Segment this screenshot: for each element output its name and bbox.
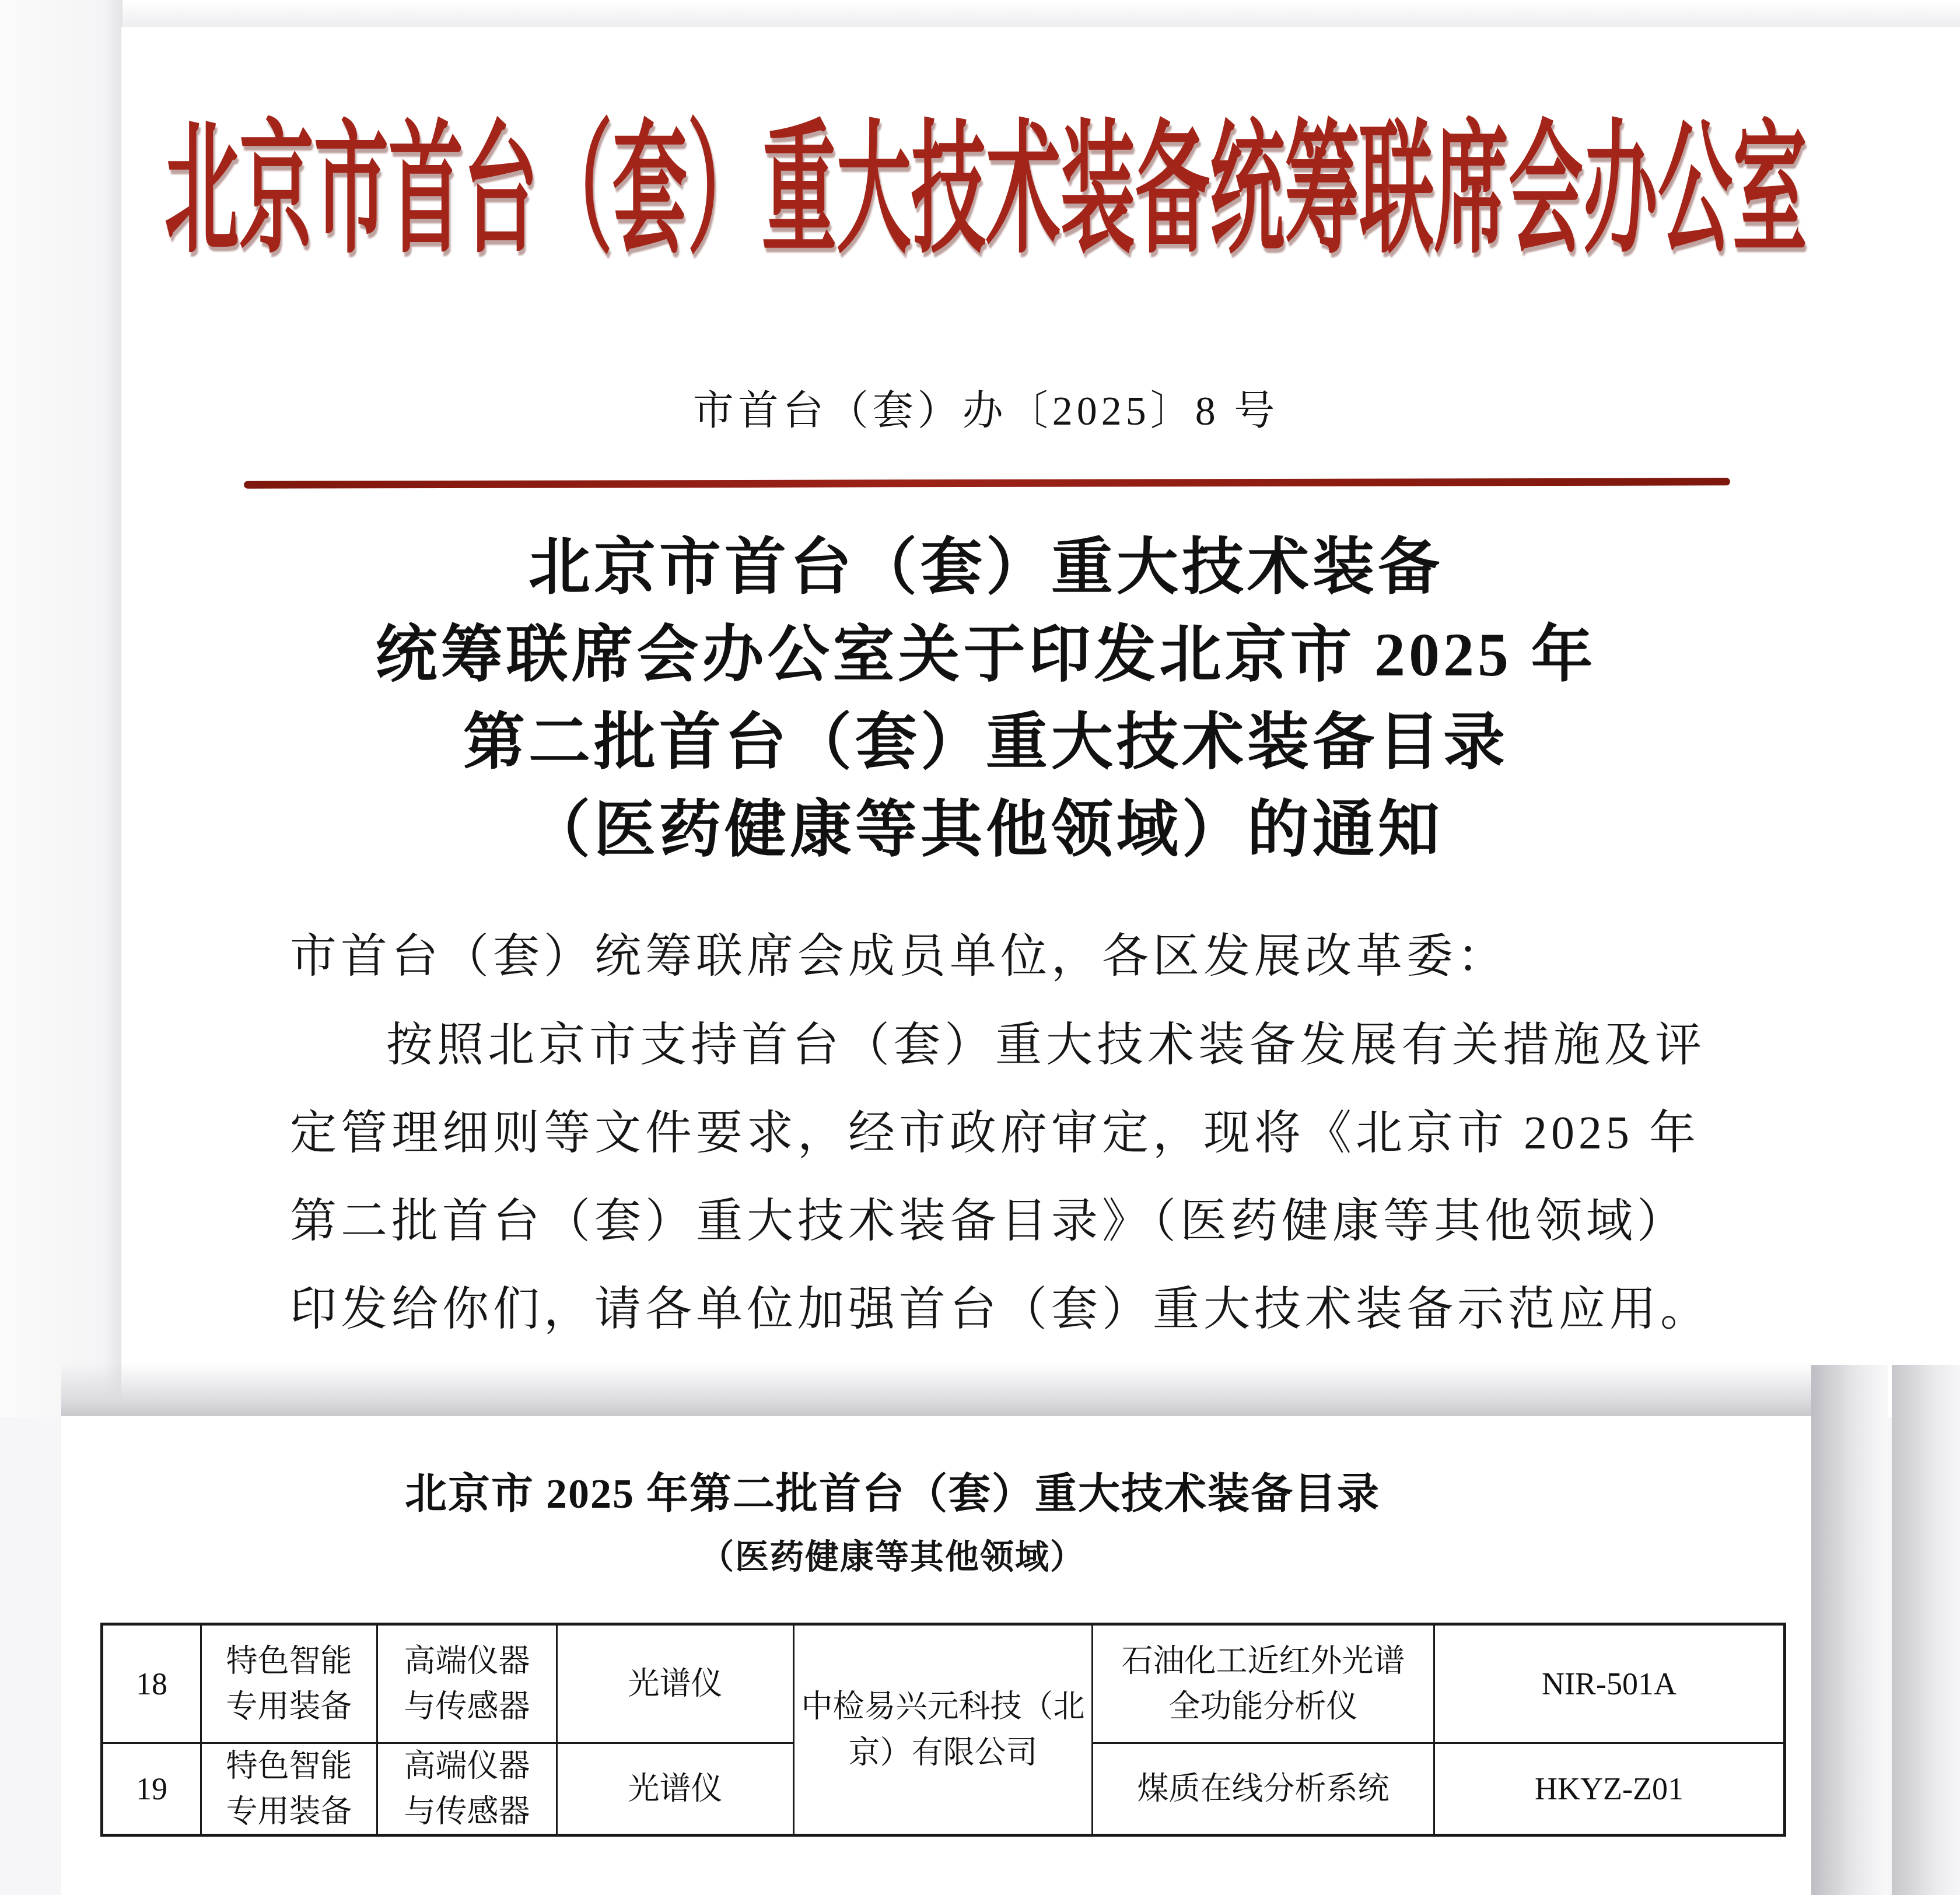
- catalog-title: 北京市 2025 年第二批首台（套）重大技术装备目录: [61, 1459, 1724, 1520]
- table-cell-row19-field: 高端仪器与传感器: [378, 1744, 558, 1834]
- table-cell-row19-category: 特色智能专用装备: [202, 1744, 378, 1834]
- background-left-strip: [0, 0, 123, 1417]
- agency-header: 北京市首台（套）重大技术装备统筹联席会办公室: [164, 75, 1807, 281]
- notice-title-line: 统筹联席会办公室关于印发北京市 2025 年: [123, 611, 1849, 699]
- table-cell-row19-product: 煤质在线分析系统: [1093, 1744, 1435, 1834]
- table-cell-row18-model: NIR-501A: [1435, 1626, 1783, 1744]
- body-paragraph-line: 定管理细则等文件要求，经市政府审定，现将《北京市 2025 年: [290, 1110, 1700, 1157]
- table-cell-text: 石油化工近红外光谱全功能分析仪: [1093, 1638, 1433, 1730]
- body-paragraph-line: 按照北京市支持首台（套）重大技术装备发展有关措施及评: [386, 1022, 1706, 1069]
- body-paragraph-line: 第二批首台（套）重大技术装备目录》（医药健康等其他领域）: [290, 1198, 1688, 1245]
- salutation: 市首台（套）统筹联席会成员单位，各区发展改革委：: [290, 933, 1508, 980]
- table-cell-row18-no: 18: [103, 1626, 202, 1744]
- notice-title-line: （医药健康等其他领域）的通知: [123, 786, 1849, 874]
- notice-title-line: 第二批首台（套）重大技术装备目录: [123, 699, 1849, 786]
- page-overlap-shadow: [61, 1362, 1811, 1416]
- table-cell-row18-type: 光谱仪: [558, 1626, 794, 1744]
- notice-title-line: 北京市首台（套）重大技术装备: [123, 524, 1849, 611]
- table-cell-text: 特色智能专用装备: [202, 1744, 376, 1834]
- table-cell-text: 高端仪器与传感器: [378, 1744, 556, 1834]
- table-cell-row19-type: 光谱仪: [558, 1744, 794, 1834]
- table-cell-row18-product: 石油化工近红外光谱全功能分析仪: [1093, 1626, 1435, 1744]
- body-paragraph-line: 印发给你们，请各单位加强首台（套）重大技术装备示范应用。: [290, 1286, 1711, 1333]
- table-cell-text: 特色智能专用装备: [202, 1638, 376, 1730]
- table-cell-row19-no: 19: [103, 1744, 202, 1834]
- catalog-subtitle: （医药健康等其他领域）: [61, 1529, 1724, 1578]
- table-cell-company-merged: 中检易兴元科技（北京）有限公司: [794, 1626, 1093, 1834]
- table-cell-text: 中检易兴元科技（北京）有限公司: [799, 1684, 1087, 1775]
- table-cell-row18-category: 特色智能专用装备: [202, 1626, 378, 1744]
- table-cell-text: 煤质在线分析系统: [1137, 1766, 1389, 1812]
- table-cell-text: 高端仪器与传感器: [378, 1638, 556, 1730]
- page-edge-shadow: [1892, 1365, 1960, 1895]
- catalog-table: 18 特色智能专用装备 高端仪器与传感器 光谱仪 中检易兴元科技（北京）有限公司…: [100, 1623, 1786, 1837]
- background-top-strip: [0, 0, 1960, 28]
- agency-header-wrap: 北京市首台（套）重大技术装备统筹联席会办公室: [123, 75, 1849, 182]
- scanned-document: 北京市首台（套）重大技术装备统筹联席会办公室 市首台（套）办〔2025〕8 号 …: [0, 0, 1960, 1895]
- document-number: 市首台（套）办〔2025〕8 号: [123, 378, 1849, 437]
- table-cell-row19-model: HKYZ-Z01: [1435, 1744, 1783, 1834]
- page-edge-shadow: [1811, 1365, 1888, 1895]
- notice-title: 北京市首台（套）重大技术装备 统筹联席会办公室关于印发北京市 2025 年 第二…: [123, 524, 1849, 874]
- table-cell-row18-field: 高端仪器与传感器: [378, 1626, 558, 1744]
